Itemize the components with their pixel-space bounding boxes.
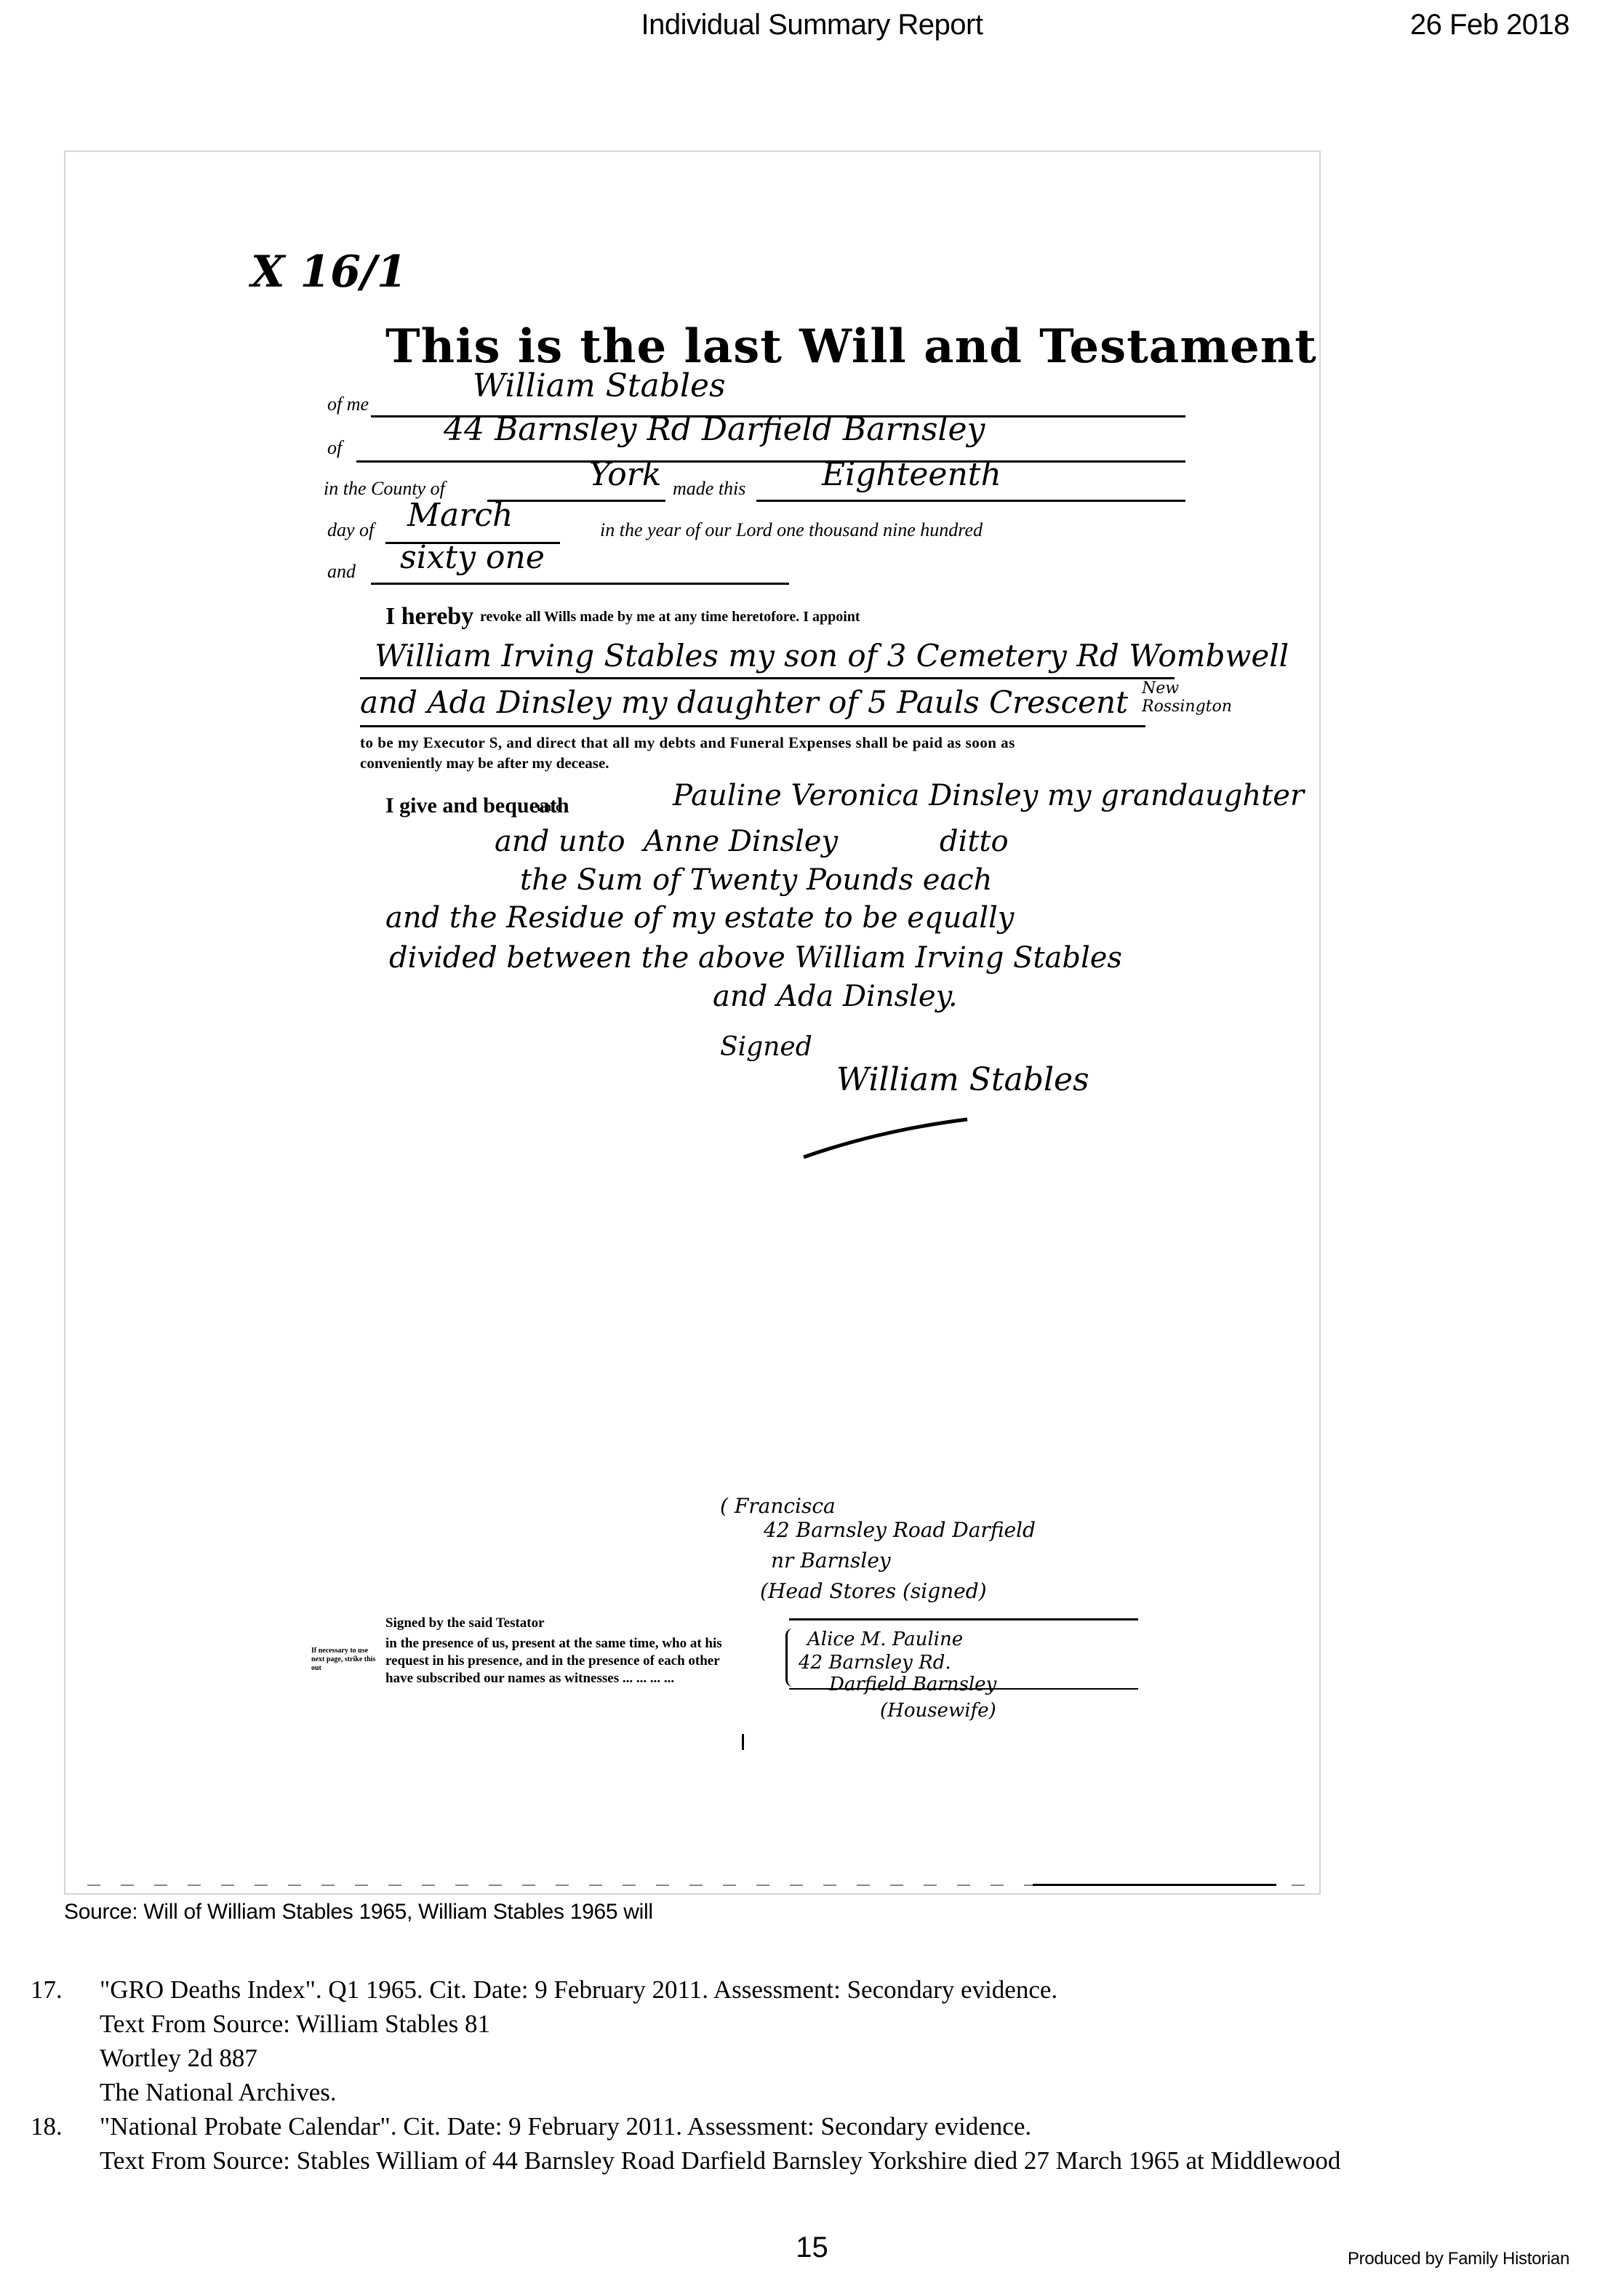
report-title: Individual Summary Report [0, 9, 1624, 41]
corner-mark: X 16/1 [251, 247, 407, 297]
margin-note: If necessary to use next page, strike th… [311, 1647, 377, 1673]
month-value: March [407, 497, 513, 534]
day-of-label: day of [327, 519, 374, 541]
bequest-line: and the Residue of my estate to be equal… [385, 901, 1014, 935]
witness-upper-line: (Head Stores (signed) [760, 1579, 987, 1603]
executor-text-1: to be my Executor S, and direct that all… [360, 734, 1015, 752]
of-me-label: of me [327, 393, 369, 415]
executor-text-2: conveniently may be after my decease. [360, 754, 609, 772]
will-heading: This is the last Will and Testament [385, 319, 1317, 374]
witness-upper-line: ( Francisca [720, 1494, 836, 1518]
revoke-lead: I hereby [385, 603, 473, 631]
revoke-text: revoke all Wills made by me at any time … [480, 609, 860, 626]
bequest-line: divided between the above William Irving… [389, 941, 1122, 975]
citation-number: 17. [31, 1973, 63, 2007]
bequest-line: and unto Anne Dinsley ditto [495, 825, 1009, 858]
will-scan-image: X 16/1 This is the last Will and Testame… [64, 151, 1321, 1895]
year-text: in the year of our Lord one thousand nin… [600, 519, 983, 541]
report-date: 26 Feb 2018 [1410, 9, 1569, 41]
witness-lower-line: (Housewife) [880, 1700, 996, 1722]
bequest-line: Pauline Veronica Dinsley my grandaughter [673, 779, 1304, 812]
witness-lower-line: Alice M. Pauline [807, 1628, 963, 1650]
made-this-label: made this [673, 478, 745, 500]
witness-upper-line: 42 Barnsley Road Darfield [764, 1518, 1036, 1542]
of-label: of [327, 437, 342, 459]
citation-line: "National Probate Calendar". Cit. Date: … [100, 2109, 1031, 2144]
witness-upper-line: nr Barnsley [771, 1548, 891, 1572]
attestation-line: have subscribed our names as witnesses .… [385, 1671, 674, 1687]
signed-label: Signed [720, 1032, 812, 1062]
citation-line: Text From Source: Stables William of 44 … [100, 2143, 1340, 2178]
citation-line: Wortley 2d 887 [100, 2041, 257, 2076]
citation-line: Text From Source: William Stables 81 [100, 2007, 490, 2042]
citation-line: "GRO Deaths Index". Q1 1965. Cit. Date: … [100, 1973, 1057, 2007]
witness-lower-line: 42 Barnsley Rd. [799, 1652, 951, 1674]
citation-number: 18. [31, 2109, 63, 2144]
source-caption: Source: Will of William Stables 1965, Wi… [64, 1900, 653, 1925]
executor-line-1: William Irving Stables my son of 3 Cemet… [375, 638, 1289, 674]
bequest-line: and Ada Dinsley. [713, 980, 958, 1013]
made-day-value: Eighteenth [822, 456, 1001, 493]
bequeath-unto: unto [537, 799, 562, 815]
testator-name: William Stables [473, 367, 726, 404]
testator-address: 44 Barnsley Rd Darfield Barnsley [444, 411, 985, 448]
citation-line: The National Archives. [100, 2075, 337, 2110]
signature-flourish [800, 1112, 975, 1163]
executor-line-2-note: New Rossington [1142, 679, 1222, 716]
witness-lower-line: Darfield Barnsley [829, 1674, 996, 1695]
and-label: and [327, 561, 356, 583]
county-value: York [589, 456, 661, 493]
executor-line-2: and Ada Dinsley my daughter of 5 Pauls C… [360, 684, 1128, 720]
attestation-line: Signed by the said Testator [385, 1615, 545, 1631]
attestation-line: request in his presence, and in the pres… [385, 1653, 720, 1669]
attestation-line: in the presence of us, present at the sa… [385, 1636, 722, 1652]
testator-signature: William Stables [836, 1061, 1089, 1098]
year-value: sixty one [400, 539, 545, 576]
produced-by: Produced by Family Historian [1348, 2249, 1569, 2269]
bequest-line: the Sum of Twenty Pounds each [520, 863, 992, 897]
